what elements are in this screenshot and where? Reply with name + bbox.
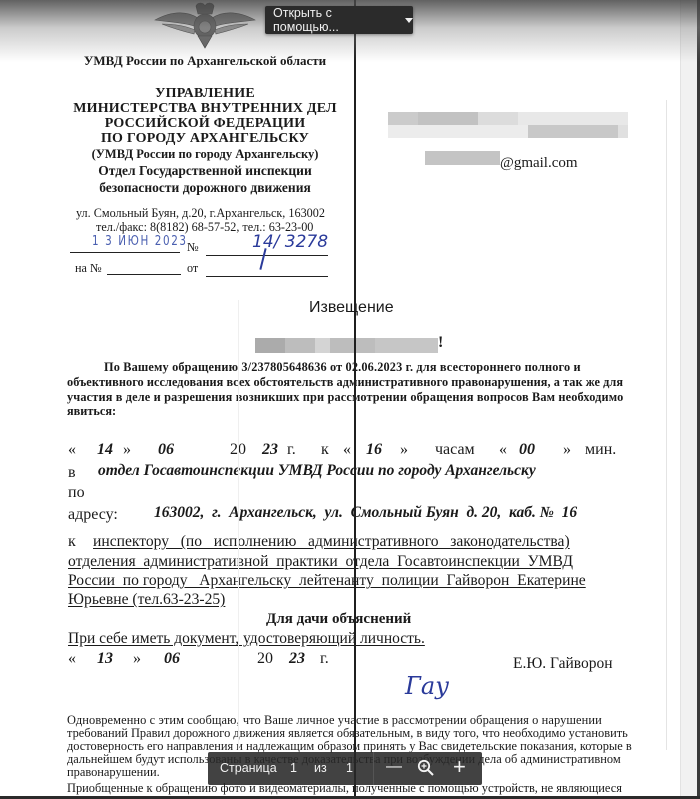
appt-open-quote: « — [343, 441, 351, 459]
appt-open-quote: « — [499, 441, 507, 459]
recipient-email-domain: @gmail.com — [500, 155, 578, 172]
notice-title: Извещение — [309, 299, 394, 317]
appt-address: 163002, г. Архангельск, ул. Смольный Буя… — [154, 504, 577, 522]
address-label: адресу: — [68, 506, 118, 524]
sign-month: 06 — [164, 650, 180, 668]
number-label: № — [187, 240, 199, 255]
appt-year-label: г. — [287, 441, 296, 459]
appt-day: 14 — [97, 441, 113, 459]
current-page-input[interactable]: 1 — [290, 761, 297, 775]
letterhead-line: МИНИСТЕРСТВА ВНУТРЕННИХ ДЕЛ — [45, 101, 365, 117]
toolbar-divider — [373, 752, 374, 785]
sign-year-suffix: 23 — [289, 650, 305, 668]
open-with-label: Открыть с помощью... — [273, 6, 397, 34]
mvd-emblem-icon — [150, 0, 260, 50]
number-underline — [206, 255, 328, 256]
from-underline — [206, 276, 328, 277]
footer-line: правонарушении. — [67, 765, 160, 780]
letterhead-line: (УМВД России по городу Архангельску) — [45, 147, 365, 162]
letterhead-line: безопасности дорожного движения — [45, 180, 365, 196]
ref-label: на № — [75, 261, 102, 276]
appt-month: 06 — [158, 441, 174, 459]
redacted-email-user — [425, 151, 500, 165]
bring-document-note: При себе иметь документ, удостоверяющий … — [68, 630, 425, 648]
signer-name: Е.Ю. Гайворон — [513, 655, 613, 673]
appt-minutes-label: мин. — [585, 441, 616, 459]
intro-line: По Вашему обращению 3/237805648636 от 02… — [104, 360, 581, 375]
from-label: от — [187, 261, 198, 276]
appt-close-quote: » — [123, 441, 131, 459]
document-page: УМВД России по Архангельской области УПР… — [0, 0, 680, 799]
in-label: в — [68, 464, 76, 482]
zoom-in-button[interactable]: + — [453, 754, 466, 780]
by-label: по — [68, 484, 85, 502]
redacted-recipient-address — [388, 125, 628, 138]
intro-line: явиться: — [67, 404, 116, 419]
appt-location: отдел Госавтоинспекции УМВД России по го… — [98, 462, 536, 480]
appt-hour: 16 — [366, 441, 382, 459]
sign-close-quote: » — [133, 650, 141, 668]
intro-line: участия в деле и разрешения возникших пр… — [67, 390, 623, 405]
dropdown-caret-icon — [405, 18, 413, 23]
inspector-line: Юрьевне (тел.63-23-25) — [68, 591, 225, 609]
sign-year-label: г. — [320, 650, 329, 668]
open-with-button[interactable]: Открыть с помощью... — [265, 6, 413, 34]
date-stamp: 1 3 ИЮН 2023 — [92, 234, 188, 249]
letterhead-line: Отдел Государственной инспекции — [45, 163, 365, 179]
letterhead-line: УПРАВЛЕНИЕ — [45, 86, 365, 102]
scan-fold-line — [354, 0, 356, 799]
appt-minute: 00 — [519, 441, 535, 459]
appt-year-suffix: 23 — [262, 441, 278, 459]
ref-underline — [107, 274, 181, 275]
zoom-out-button[interactable]: — — [386, 758, 402, 776]
date-underline — [70, 252, 180, 253]
inspector-line: России по городу Архангельску лейтенанту… — [68, 572, 586, 590]
sign-open-quote: « — [68, 650, 76, 668]
redacted-recipient-greeting — [255, 338, 438, 353]
scan-artifact-line — [238, 300, 239, 750]
pdf-viewer: УМВД России по Архангельской области УПР… — [0, 0, 700, 799]
appt-hours-label: часам — [435, 441, 475, 459]
sign-year-prefix: 20 — [257, 650, 273, 668]
intro-line: объективного исследования всех обстоятел… — [67, 375, 623, 390]
appt-open-quote: « — [68, 441, 76, 459]
total-pages: 1 — [346, 761, 353, 775]
letterhead-address: ул. Смольный Буян, д.20, г.Архангельск, … — [76, 206, 325, 221]
inspector-line: инспектору (по исполнению административн… — [93, 533, 570, 551]
signature: Гау — [405, 672, 449, 700]
of-label: из — [314, 761, 327, 775]
inspector-line: отделения административной практики отде… — [68, 553, 573, 571]
page-toolbar: Страница 1 из 1 — + — [208, 752, 482, 785]
appt-close-quote: » — [563, 441, 571, 459]
appt-to-label: к — [321, 441, 329, 459]
greeting-exclamation: ! — [438, 334, 443, 352]
appt-close-quote: » — [400, 441, 408, 459]
letterhead-line: РОССИЙСКОЙ ФЕДЕРАЦИИ — [45, 116, 365, 132]
scan-artifact-line — [666, 100, 667, 750]
to-inspector-label: к — [68, 533, 76, 551]
zoom-icon[interactable] — [417, 759, 435, 777]
letterhead-line: ПО ГОРОДУ АРХАНГЕЛЬСКУ — [45, 131, 365, 147]
purpose-heading: Для дачи объяснений — [266, 611, 411, 628]
page-label: Страница — [220, 761, 277, 775]
viewer-right-margin — [680, 0, 698, 799]
regional-org: УМВД России по Архангельской области — [45, 53, 365, 69]
sign-day: 13 — [97, 650, 113, 668]
redacted-recipient-name — [388, 112, 628, 125]
